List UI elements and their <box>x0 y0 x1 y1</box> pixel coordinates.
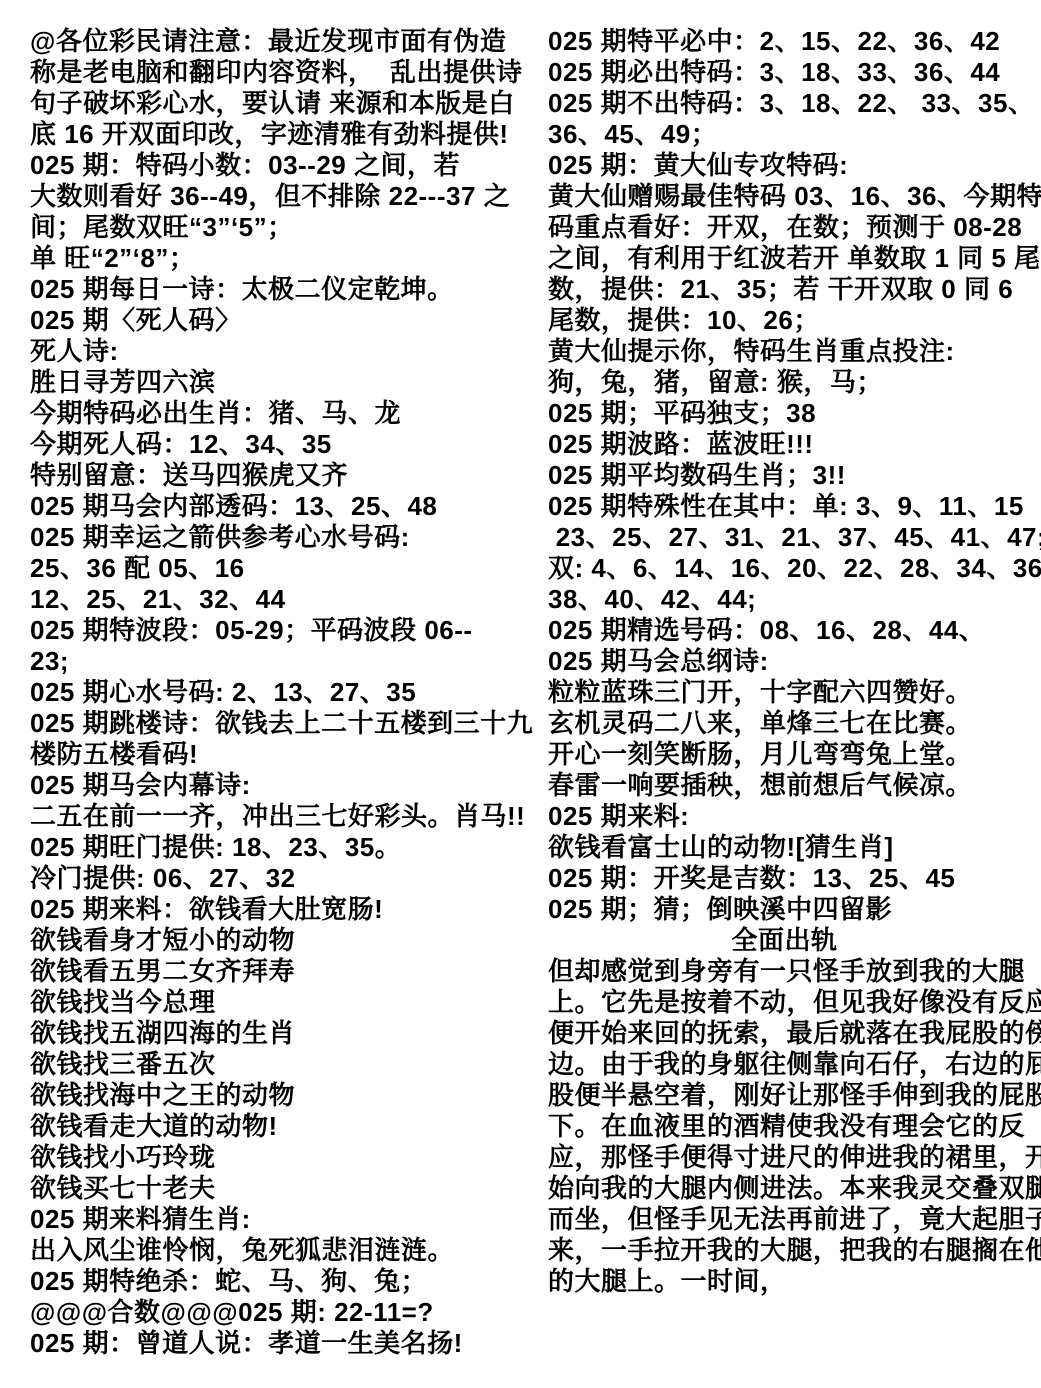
tip-text-line: 欲钱看五男二女齐拜寿 <box>30 956 522 987</box>
tip-text-line: 025 期特绝杀：蛇、马、狗、兔； <box>30 1266 522 1297</box>
story-text-line: 应，那怪手便得寸进尺的伸进我的裙里，开 <box>548 1142 1021 1173</box>
tip-text-line: 025 期马会内部透码：13、25、48 <box>30 491 522 522</box>
tip-text-line: 黄大仙赠赐最佳特码 03、16、36、今期特 <box>548 181 1021 212</box>
tip-text-line: 之间，有利用于红波若开 单数取 1 同 5 尾 <box>548 243 1021 274</box>
tip-text-line: 黄大仙提示你，特码生肖重点投注: <box>548 336 1021 367</box>
tip-text-line: 死人诗: <box>30 336 522 367</box>
tip-text-line: 称是老电脑和翻印内容资料， 乱出提供诗 <box>30 57 522 88</box>
tip-text-line: @@@合数@@@025 期: 22-11=? <box>30 1297 522 1328</box>
story-text-line: 的大腿上。一时间， <box>548 1266 1021 1297</box>
tip-text-line: 025 期来料猜生肖: <box>30 1204 522 1235</box>
left-column: @各位彩民请注意：最近发现市面有伪造称是老电脑和翻印内容资料， 乱出提供诗句子破… <box>30 26 522 1388</box>
tip-text-line: 025 期跳楼诗：欲钱去上二十五楼到三十九 <box>30 708 522 739</box>
tip-text-line: 欲钱找五湖四海的生肖 <box>30 1018 522 1049</box>
story-text-line: 上。它先是按着不动，但见我好像没有反应 <box>548 987 1021 1018</box>
tip-text-line: 粒粒蓝珠三门开，十字配六四赞好。 <box>548 677 1021 708</box>
tip-text-line: 23、25、27、31、21、37、45、41、47; <box>548 522 1021 553</box>
tip-text-line: 025 期；平码独支；38 <box>548 398 1021 429</box>
tip-text-line: 单 旺“2”‘8”； <box>30 243 522 274</box>
tip-text-line: 特别留意：送马四猴虎又齐 <box>30 460 522 491</box>
tip-text-line: 025 期波路：蓝波旺!!! <box>548 429 1021 460</box>
right-column: 025 期特平必中：2、15、22、36、42025 期必出特码：3、18、33… <box>548 26 1021 1388</box>
story-text-line: 股便半悬空着，刚好让那怪手伸到我的屁股 <box>548 1080 1021 1111</box>
story-text-line: 边。由于我的身躯往侧靠向石仔，右边的屁 <box>548 1049 1021 1080</box>
story-text-line: 而坐，但怪手见无法再前进了，竟大起胆子 <box>548 1204 1021 1235</box>
tip-text-line: 双: 4、6、14、16、20、22、28、34、36 <box>548 553 1021 584</box>
tip-text-line: 025 期心水号码: 2、13、27、35 <box>30 677 522 708</box>
tip-text-line: 欲钱找三番五次 <box>30 1049 522 1080</box>
tip-text-line: 025 期旺门提供: 18、23、35。 <box>30 832 522 863</box>
story-text-line: 但却感觉到身旁有一只怪手放到我的大腿 <box>548 956 1021 987</box>
tip-text-line: 码重点看好：开双，在数；预测于 08-28 <box>548 212 1021 243</box>
story-text-line: 下。在血液里的酒精使我没有理会它的反 <box>548 1111 1021 1142</box>
tip-text-line: 二五在前一一齐，冲出三七好彩头。肖马!! <box>30 801 522 832</box>
tip-text-line: 025 期马会总纲诗: <box>548 646 1021 677</box>
tip-text-line: @各位彩民请注意：最近发现市面有伪造 <box>30 26 522 57</box>
tip-text-line: 12、25、21、32、44 <box>30 584 522 615</box>
tip-text-line: 冷门提供: 06、27、32 <box>30 863 522 894</box>
tip-text-line: 025 期特平必中：2、15、22、36、42 <box>548 26 1021 57</box>
tip-text-line: 025 期：黄大仙专攻特码: <box>548 150 1021 181</box>
tip-text-line: 025 期来料: <box>548 801 1021 832</box>
tip-text-line: 狗，兔，猪，留意: 猴，马； <box>548 367 1021 398</box>
tip-text-line: 今期死人码：12、34、35 <box>30 429 522 460</box>
tip-text-line: 25、36 配 05、16 <box>30 553 522 584</box>
tip-text-line: 025 期幸运之箭供参考心水号码: <box>30 522 522 553</box>
tip-text-line: 楼防五楼看码! <box>30 739 522 770</box>
tip-text-line: 欲钱看走大道的动物! <box>30 1111 522 1142</box>
tip-text-line: 025 期〈死人码〉 <box>30 305 522 336</box>
tip-text-line: 胜日寻芳四六滨 <box>30 367 522 398</box>
story-paragraph-block: 但却感觉到身旁有一只怪手放到我的大腿上。它先是按着不动，但见我好像没有反应便开始… <box>548 956 1021 1297</box>
tip-text-line: 025 期必出特码：3、18、33、36、44 <box>548 57 1021 88</box>
tip-text-line: 025 期：开奖是吉数：13、25、45 <box>548 863 1021 894</box>
tip-text-line: 玄机灵码二八来，单烽三七在比赛。 <box>548 708 1021 739</box>
tip-text-line: 春雷一响要插秧，想前想后气候凉。 <box>548 770 1021 801</box>
story-text-line: 便开始来回的抚索，最后就落在我屁股的傍 <box>548 1018 1021 1049</box>
tip-text-line: 025 期：曾道人说：孝道一生美名扬! <box>30 1328 522 1359</box>
tip-text-line: 025 期：特码小数：03--29 之间，若 <box>30 150 522 181</box>
tip-text-line: 底 16 开双面印改，字迹清雅有劲料提供! <box>30 119 522 150</box>
tip-text-line: 025 期精选号码：08、16、28、44、 <box>548 615 1021 646</box>
tip-text-line: 36、45、49； <box>548 119 1021 150</box>
story-text-line: 始向我的大腿内侧进法。本来我灵交叠双腿 <box>548 1173 1021 1204</box>
tip-text-line: 025 期每日一诗：太极二仪定乾坤。 <box>30 274 522 305</box>
tip-text-line: 025 期平均数码生肖；3!! <box>548 460 1021 491</box>
tip-text-line: 欲钱看身才短小的动物 <box>30 925 522 956</box>
tip-text-line: 025 期特波段：05-29；平码波段 06-- <box>30 615 522 646</box>
tip-text-line: 欲钱看富士山的动物![猜生肖] <box>548 832 1021 863</box>
tip-text-line: 025 期不出特码：3、18、22、 33、35、 <box>548 88 1021 119</box>
tip-text-line: 句子破坏彩心水，要认请 来源和本版是白 <box>30 88 522 119</box>
tip-text-line: 数，提供：21、35；若 干开双取 0 同 6 <box>548 274 1021 305</box>
tip-text-line: 23; <box>30 646 522 677</box>
tip-text-line: 025 期特殊性在其中：单: 3、9、11、15 <box>548 491 1021 522</box>
tip-text-line: 今期特码必出生肖：猪、马、龙 <box>30 398 522 429</box>
tip-text-line: 欲钱买七十老夫 <box>30 1173 522 1204</box>
right-tips-block: 025 期特平必中：2、15、22、36、42025 期必出特码：3、18、33… <box>548 26 1021 925</box>
tip-text-line: 开心一刻笑断肠，月儿弯弯兔上堂。 <box>548 739 1021 770</box>
tip-text-line: 38、40、42、44; <box>548 584 1021 615</box>
tip-text-line: 025 期马会内幕诗: <box>30 770 522 801</box>
tip-text-line: 欲钱找海中之王的动物 <box>30 1080 522 1111</box>
story-text-line: 来，一手拉开我的大腿，把我的右腿搁在他 <box>548 1235 1021 1266</box>
tip-text-line: 025 期来料：欲钱看大肚宽肠! <box>30 894 522 925</box>
tip-text-line: 欲钱找当今总理 <box>30 987 522 1018</box>
tip-text-line: 欲钱找小巧玲珑 <box>30 1142 522 1173</box>
tip-text-line: 大数则看好 36--49，但不排除 22---37 之 <box>30 181 522 212</box>
tip-text-line: 出入风尘谁怜悯，兔死狐悲泪涟涟。 <box>30 1235 522 1266</box>
lottery-tip-sheet-page: @各位彩民请注意：最近发现市面有伪造称是老电脑和翻印内容资料， 乱出提供诗句子破… <box>0 0 1041 1388</box>
tip-text-line: 间；尾数双旺“3”‘5”； <box>30 212 522 243</box>
story-title: 全面出轨 <box>548 925 1021 956</box>
tip-text-line: 025 期；猜；倒映溪中四留影 <box>548 894 1021 925</box>
tip-text-line: 尾数，提供：10、26； <box>548 305 1021 336</box>
